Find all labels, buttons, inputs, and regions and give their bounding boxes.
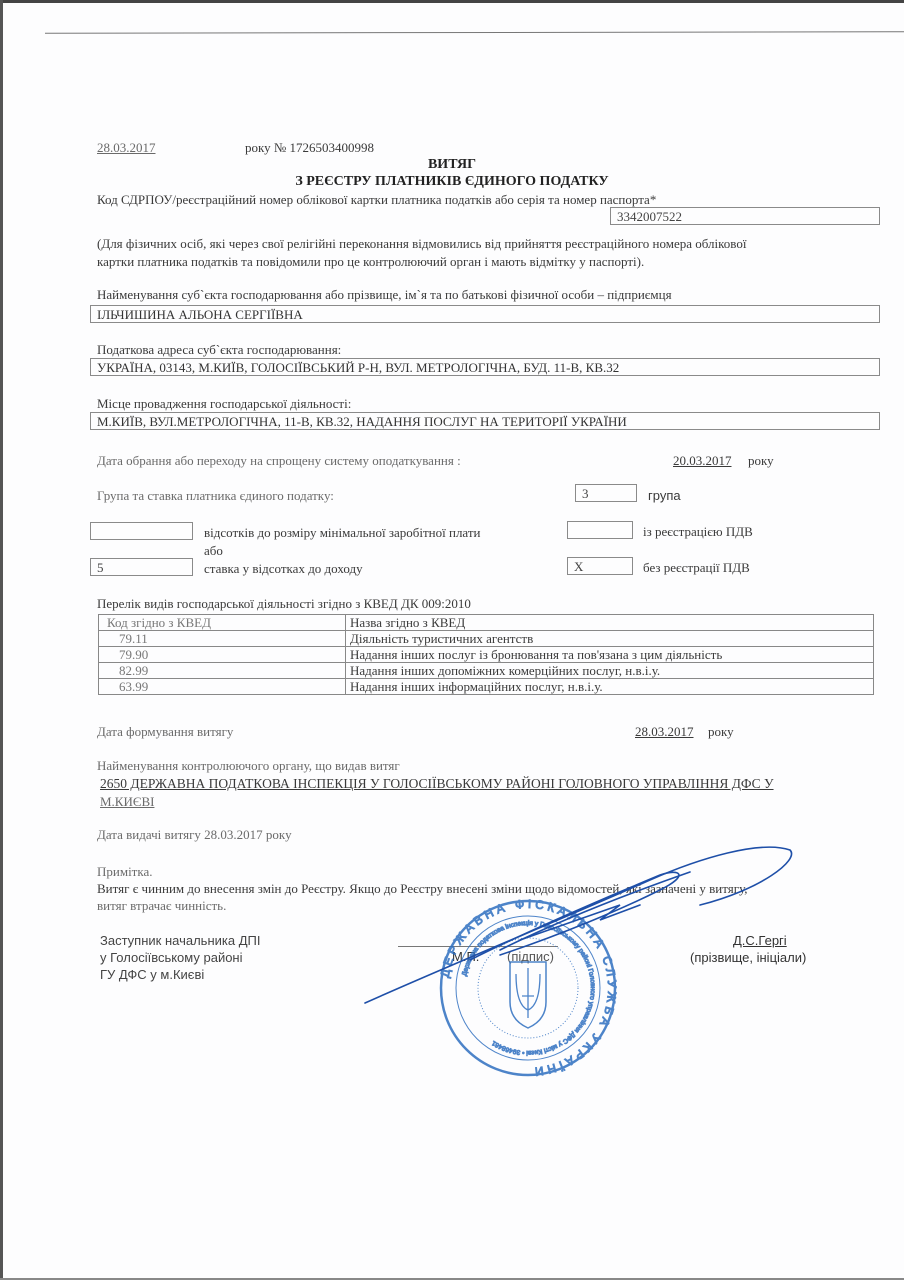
stamp-signature-overlay: ДЕРЖАВНА ФІСКАЛЬНА СЛУЖБА УКРАЇНИ Держав… xyxy=(0,0,904,1280)
official-stamp-icon: ДЕРЖАВНА ФІСКАЛЬНА СЛУЖБА УКРАЇНИ Держав… xyxy=(438,897,620,1079)
